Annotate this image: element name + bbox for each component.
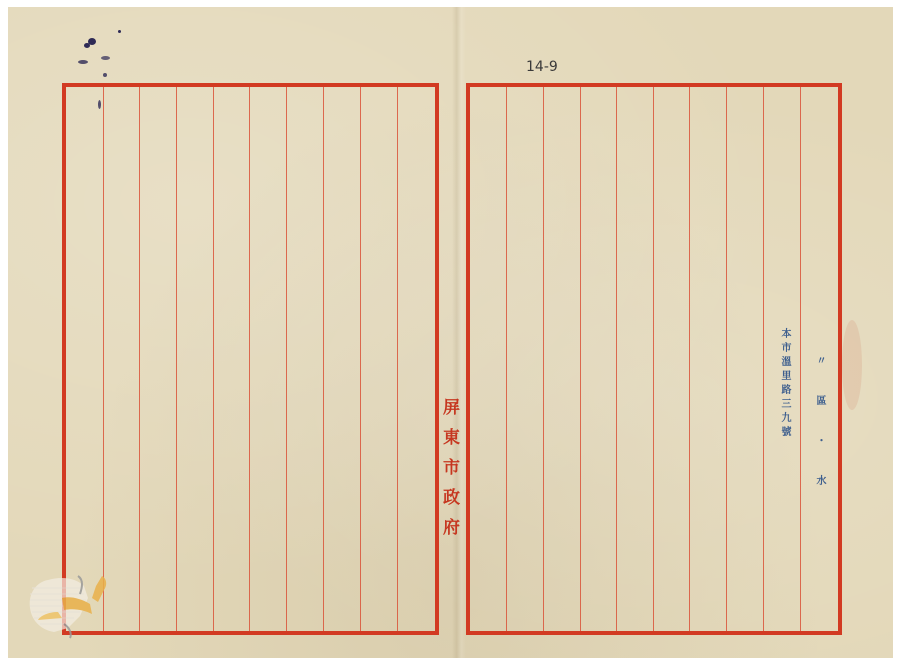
ink-blot — [84, 43, 90, 48]
taiwan-book-logo-icon — [18, 568, 118, 640]
column-rule — [249, 87, 250, 631]
column-rule — [323, 87, 324, 631]
column-rule — [286, 87, 287, 631]
column-rule — [139, 87, 140, 631]
column-rule — [763, 87, 764, 631]
red-stain — [842, 320, 862, 410]
ink-blot — [101, 56, 110, 60]
column-rule — [506, 87, 507, 631]
handwritten-page-number: 14-9 — [526, 59, 558, 75]
column-rule — [689, 87, 690, 631]
column-rule — [103, 87, 104, 631]
left-page-frame — [62, 83, 439, 635]
column-rule — [360, 87, 361, 631]
column-rule — [176, 87, 177, 631]
column-rule — [543, 87, 544, 631]
column-rule — [726, 87, 727, 631]
stamp-address-line: 本市溫里路三九號 — [777, 328, 792, 440]
column-rule — [213, 87, 214, 631]
column-rule — [653, 87, 654, 631]
column-rule — [800, 87, 801, 631]
column-rule — [397, 87, 398, 631]
printed-office-name: 屏東市政府 — [437, 398, 462, 548]
ink-blot — [103, 73, 107, 77]
column-rule — [616, 87, 617, 631]
column-rule — [580, 87, 581, 631]
center-fold — [452, 7, 466, 658]
ink-blot — [118, 30, 121, 33]
stamp-second-line: 〃區・水 — [812, 355, 827, 515]
ink-blot — [78, 60, 88, 64]
